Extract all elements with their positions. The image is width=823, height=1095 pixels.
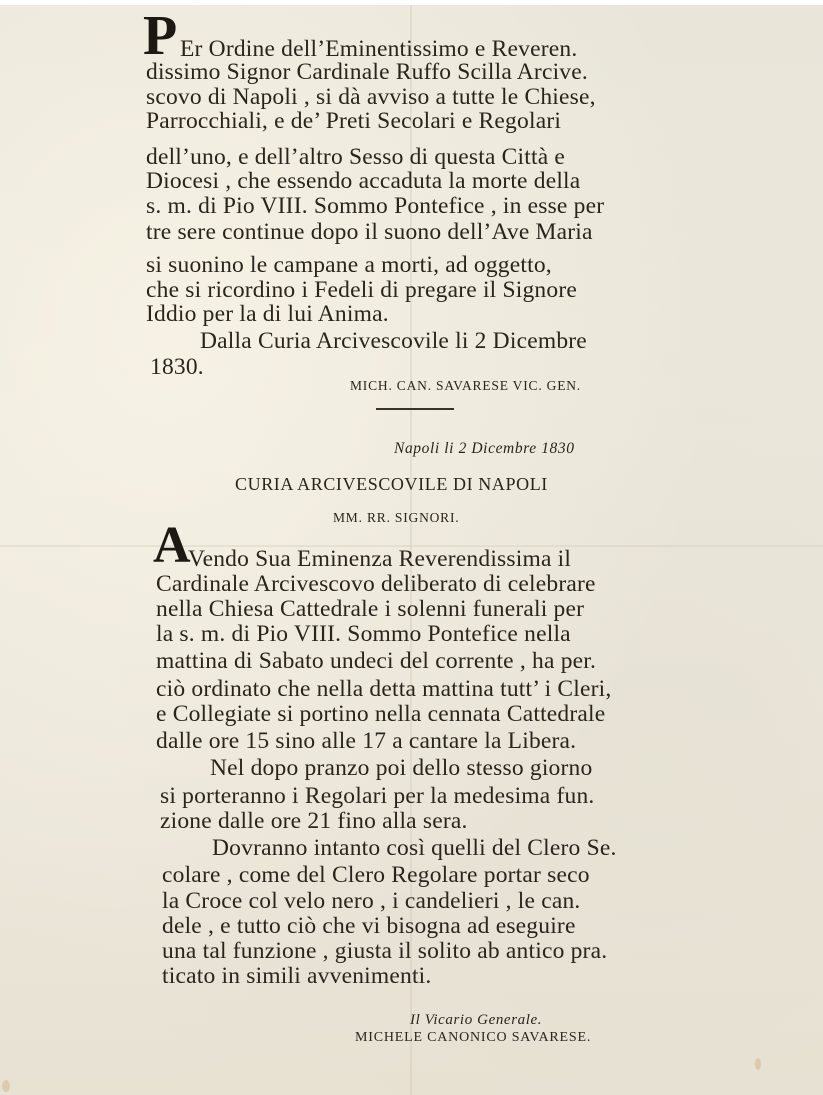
text-line: che si ricordino i Fedeli di pregare il … (146, 279, 577, 303)
text-line: s. m. di Pio VIII. Sommo Pontefice , in … (146, 195, 604, 219)
dropcap-a: A (153, 520, 191, 572)
text-line: scovo di Napoli , si dà avviso a tutte l… (146, 86, 596, 110)
text-line: tre sere continue dopo il suono dell’Ave… (146, 221, 593, 245)
section-divider (376, 408, 454, 410)
text-line: dele , e tutto ciò che vi bisogna ad ese… (162, 915, 576, 939)
text-line: Iddio per la di lui Anima. (146, 303, 389, 327)
text-line: Cardinale Arcivescovo deliberato di cele… (156, 573, 596, 597)
text-line: si suonino le campane a morti, ad oggett… (146, 254, 552, 278)
text-line: dalle ore 15 sino alle 17 a cantare la L… (156, 730, 576, 754)
signature-title: Il Vicario Generale. (410, 1012, 542, 1029)
text-line: Dovranno intanto così quelli del Clero S… (212, 837, 617, 861)
dated-line: Dalla Curia Arcivescovile li 2 Dicembre (200, 330, 587, 354)
text-line: la s. m. di Pio VIII. Sommo Pontefice ne… (156, 623, 571, 647)
text-line: una tal funzione , giusta il solito ab a… (162, 940, 607, 964)
text-line: Nel dopo pranzo poi dello stesso giorno (210, 757, 592, 781)
text-line: Er Ordine dell’Eminentissimo e Reveren. (180, 38, 577, 62)
notice-heading: CURIA ARCIVESCOVILE DI NAPOLI (235, 474, 548, 495)
text-line: dell’uno, e dell’altro Sesso di questa C… (146, 146, 565, 170)
text-line: nella Chiesa Cattedrale i solenni funera… (156, 598, 584, 622)
paper-stain (2, 1080, 10, 1092)
first-signature: MICH. CAN. SAVARESE VIC. GEN. (350, 378, 581, 394)
dropcap-p: P (143, 8, 177, 64)
text-line: ticato in simili avvenimenti. (162, 965, 431, 989)
signature-name: MICHELE CANONICO SAVARESE. (355, 1030, 591, 1046)
text-line: ciò ordinato che nella detta mattina tut… (156, 678, 611, 702)
text-line: dissimo Signor Cardinale Ruffo Scilla Ar… (146, 61, 588, 85)
paper-stain (755, 1058, 761, 1070)
text-line: mattina di Sabato undeci del corrente , … (156, 650, 596, 674)
text-line: la Croce col velo nero , i candelieri , … (162, 890, 581, 914)
text-line: Diocesi , che essendo accaduta la morte … (146, 170, 580, 194)
text-line: si porteranno i Regolari per la medesima… (160, 785, 594, 809)
text-line: colare , come del Clero Regolare portar … (162, 864, 590, 888)
text-line: zione dalle ore 21 fino alla sera. (160, 810, 468, 834)
text-line: Parrocchiali, e de’ Preti Secolari e Reg… (146, 110, 561, 134)
text-line: e Collegiate si portino nella cennata Ca… (156, 703, 605, 727)
year-line: 1830. (150, 356, 204, 380)
place-date: Napoli li 2 Dicembre 1830 (394, 440, 575, 458)
text-line: Vendo Sua Eminenza Reverendissima il (188, 548, 571, 572)
salutation: MM. RR. SIGNORI. (333, 510, 459, 526)
